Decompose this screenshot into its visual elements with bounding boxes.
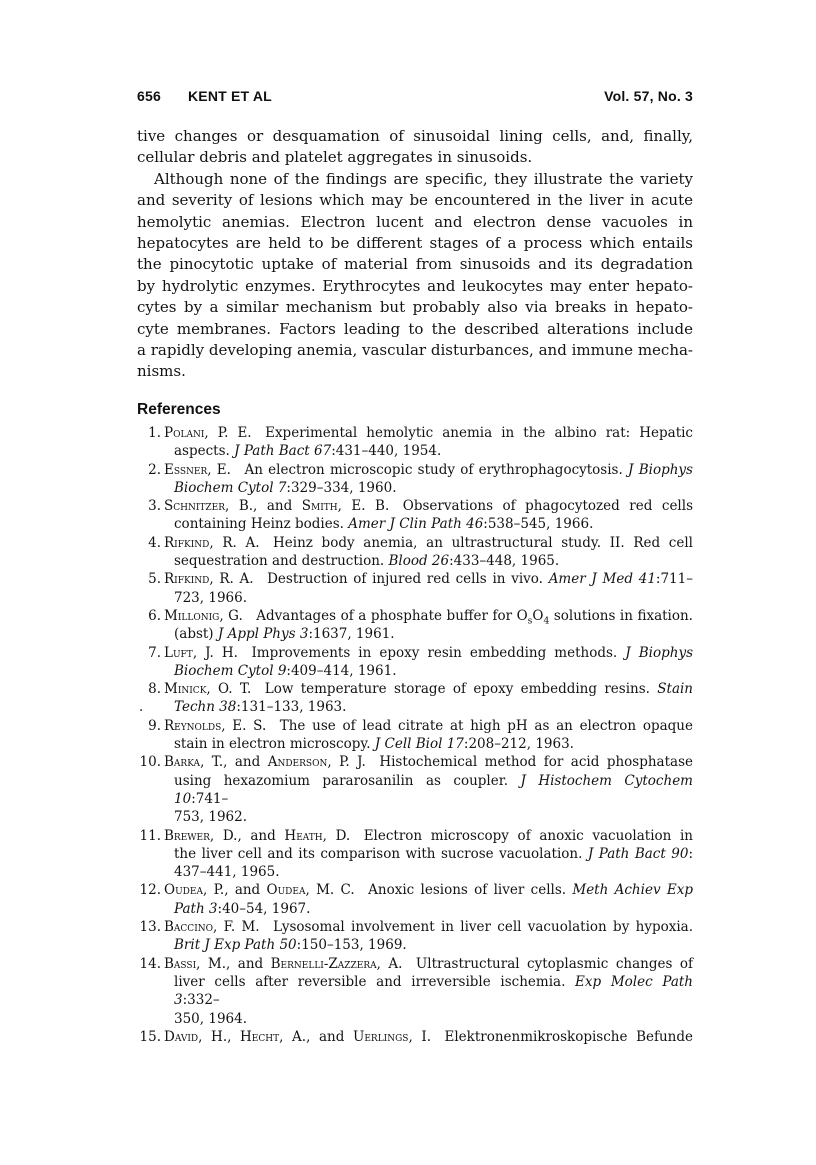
reference-text: sequestration and destruction. bbox=[174, 553, 388, 569]
reference-text: 753, 1962. bbox=[174, 809, 247, 825]
reference-text: , A. Ultrastructural cytoplasmic changes… bbox=[377, 956, 693, 972]
reference-line: Reynolds, E. S. The use of lead citrate … bbox=[164, 717, 693, 735]
reference-text: , F. M. Lysosomal involvement in liver c… bbox=[213, 919, 693, 935]
reference-text: , P. E. Experimental hemolytic anemia in… bbox=[204, 425, 693, 441]
reference-text: , E. S. The use of lead citrate at high … bbox=[221, 718, 693, 734]
journal-citation: J Biophys bbox=[628, 462, 693, 478]
reference-line: aspects. J Path Bact 67:431–440, 1954. bbox=[174, 442, 693, 460]
body-line: cytes by a similar mechanism but probabl… bbox=[137, 297, 693, 318]
reference-item: 6.Millonig, G. Advantages of a phosphate… bbox=[137, 607, 693, 644]
journal-citation: Blood 26 bbox=[388, 553, 449, 569]
page-number: 656 bbox=[137, 88, 161, 104]
reference-line: Oudea, P., and Oudea, M. C. Anoxic lesio… bbox=[164, 881, 693, 899]
reference-number: 9. bbox=[137, 717, 161, 735]
reference-text: containing Heinz bodies. bbox=[174, 516, 348, 532]
reference-number: 11. bbox=[137, 827, 161, 845]
reference-line: Rifkind, R. A. Destruction of injured re… bbox=[164, 570, 693, 588]
journal-citation: Techn 38 bbox=[174, 699, 236, 715]
author-name: Millonig bbox=[164, 608, 219, 624]
body-line: hemolytic anemias. Electron lucent and e… bbox=[137, 212, 693, 233]
author-name: Oudea bbox=[164, 882, 203, 898]
reference-item: 12.Oudea, P., and Oudea, M. C. Anoxic le… bbox=[137, 881, 693, 918]
reference-text: , M. C. Anoxic lesions of liver cells. bbox=[305, 882, 572, 898]
reference-number: 4. bbox=[137, 534, 161, 552]
reference-text: , A., and bbox=[279, 1029, 353, 1045]
body-line: cyte membranes. Factors leading to the d… bbox=[137, 319, 693, 340]
volume-issue: Vol. 57, No. 3 bbox=[604, 88, 693, 104]
body-line: Although none of the findings are specif… bbox=[137, 169, 693, 190]
reference-text: :332– bbox=[183, 992, 220, 1008]
reference-number: 1. bbox=[137, 424, 161, 442]
reference-list: 1.Polani, P. E. Experimental hemolytic a… bbox=[137, 424, 693, 1046]
reference-text: , G. Advantages of a phosphate buffer fo… bbox=[219, 608, 527, 624]
author-name: Uerlings bbox=[353, 1029, 409, 1045]
author-name: Rifkind bbox=[164, 571, 209, 587]
reference-number: 3. bbox=[137, 497, 161, 515]
author-name: Minick bbox=[164, 681, 206, 697]
reference-line: containing Heinz bodies. Amer J Clin Pat… bbox=[174, 515, 693, 533]
reference-line: 350, 1964. bbox=[174, 1010, 693, 1028]
reference-text: , I. Elektronenmikroskopische Befunde bbox=[408, 1029, 693, 1045]
reference-text: (abst) bbox=[174, 626, 218, 642]
reference-text: , B., and bbox=[225, 498, 302, 514]
reference-line: 723, 1966. bbox=[174, 589, 693, 607]
reference-text: , E. An electron microscopic study of er… bbox=[207, 462, 628, 478]
reference-text: :433–448, 1965. bbox=[449, 553, 559, 569]
reference-text: :538–545, 1966. bbox=[483, 516, 593, 532]
reference-line: Biochem Cytol 9:409–414, 1961. bbox=[174, 662, 693, 680]
reference-text: the liver cell and its comparison with s… bbox=[174, 846, 588, 862]
author-name: Essner bbox=[164, 462, 207, 478]
journal-citation: J Biophys bbox=[625, 645, 693, 661]
reference-number: 5. bbox=[137, 570, 161, 588]
reference-text: , P., and bbox=[203, 882, 267, 898]
reference-number: 13. bbox=[137, 918, 161, 936]
reference-line: Polani, P. E. Experimental hemolytic ane… bbox=[164, 424, 693, 442]
author-name: Heath bbox=[284, 828, 322, 844]
reference-number: 12. bbox=[137, 881, 161, 899]
journal-citation: J Path Bact 90 bbox=[588, 846, 689, 862]
author-name: Barka bbox=[164, 754, 200, 770]
reference-item: 7.Luft, J. H. Improvements in epoxy resi… bbox=[137, 644, 693, 681]
author-name: David bbox=[164, 1029, 198, 1045]
reference-item: 3.Schnitzer, B., and Smith, E. B. Observ… bbox=[137, 497, 693, 534]
journal-citation: J Path Bact 67 bbox=[234, 443, 331, 459]
reference-text: , R. A. Heinz body anemia, an ultrastruc… bbox=[209, 535, 693, 551]
reference-line: the liver cell and its comparison with s… bbox=[174, 845, 693, 863]
reference-line: Path 3:40–54, 1967. bbox=[174, 900, 693, 918]
reference-text: , H., bbox=[198, 1029, 240, 1045]
author-name: Luft bbox=[164, 645, 193, 661]
body-line: the pinocytotic uptake of material from … bbox=[137, 254, 693, 275]
reference-text: solutions in fixation. bbox=[549, 608, 693, 624]
reference-text: , M., and bbox=[196, 956, 270, 972]
paragraph: Although none of the findings are specif… bbox=[137, 169, 693, 383]
reference-line: Millonig, G. Advantages of a phosphate b… bbox=[164, 607, 693, 625]
reference-item: 13.Baccino, F. M. Lysosomal involvement … bbox=[137, 918, 693, 955]
reference-text: :131–133, 1963. bbox=[236, 699, 346, 715]
reference-item: 14.Bassi, M., and Bernelli-Zazzera, A. U… bbox=[137, 955, 693, 1028]
reference-line: Schnitzer, B., and Smith, E. B. Observat… bbox=[164, 497, 693, 515]
author-name: Hecht bbox=[240, 1029, 279, 1045]
journal-citation: Brit J Exp Path 50 bbox=[174, 937, 297, 953]
reference-item: 5.Rifkind, R. A. Destruction of injured … bbox=[137, 570, 693, 607]
reference-line: Minick, O. T. Low temperature storage of… bbox=[164, 680, 693, 698]
author-name: Reynolds bbox=[164, 718, 221, 734]
journal-citation: J Appl Phys 3 bbox=[218, 626, 309, 642]
reference-line: Baccino, F. M. Lysosomal involvement in … bbox=[164, 918, 693, 936]
reference-text: , D., and bbox=[210, 828, 285, 844]
reference-number: 14. bbox=[137, 955, 161, 973]
reference-text: , R. A. Destruction of injured red cells… bbox=[209, 571, 548, 587]
reference-text: :329–334, 1960. bbox=[286, 480, 396, 496]
author-name: Brewer bbox=[164, 828, 210, 844]
reference-text: :409–414, 1961. bbox=[286, 663, 396, 679]
author-name: Oudea bbox=[267, 882, 306, 898]
reference-number: 8. bbox=[137, 680, 161, 698]
reference-text: , T., and bbox=[200, 754, 268, 770]
reference-text: , E. B. Observations of phagocytozed red… bbox=[338, 498, 693, 514]
reference-number: 2. bbox=[137, 461, 161, 479]
reference-text: :711– bbox=[656, 571, 693, 587]
reference-item: 2.Essner, E. An electron microscopic stu… bbox=[137, 461, 693, 498]
body-line: a rapidly developing anemia, vascular di… bbox=[137, 340, 693, 361]
reference-line: 437–441, 1965. bbox=[174, 863, 693, 881]
reference-number: 7. bbox=[137, 644, 161, 662]
reference-text: 350, 1964. bbox=[174, 1011, 247, 1027]
author-name: Rifkind bbox=[164, 535, 209, 551]
reference-number: 15. bbox=[137, 1028, 161, 1046]
reference-text: :150–153, 1969. bbox=[297, 937, 407, 953]
reference-line: (abst) J Appl Phys 3:1637, 1961. bbox=[174, 625, 693, 643]
reference-text: :208–212, 1963. bbox=[464, 736, 574, 752]
body-line: tive changes or desquamation of sinusoid… bbox=[137, 126, 693, 147]
author-name: Baccino bbox=[164, 919, 213, 935]
reference-text: , D. Electron microscopy of anoxic vacuo… bbox=[323, 828, 693, 844]
reference-text: :431–440, 1954. bbox=[331, 443, 441, 459]
author-name: Bernelli-Zazzera bbox=[271, 956, 377, 972]
reference-text: liver cells after reversible and irrever… bbox=[174, 974, 575, 990]
reference-line: Techn 38:131–133, 1963. bbox=[174, 698, 693, 716]
reference-text: aspects. bbox=[174, 443, 234, 459]
reference-text: , J. H. Improvements in epoxy resin embe… bbox=[193, 645, 625, 661]
reference-item: 8.Minick, O. T. Low temperature storage … bbox=[137, 680, 693, 717]
reference-text: , P. J. Histochemical method for acid ph… bbox=[327, 754, 693, 770]
reference-line: Luft, J. H. Improvements in epoxy resin … bbox=[164, 644, 693, 662]
journal-citation: Meth Achiev Exp bbox=[572, 882, 693, 898]
reference-line: Biochem Cytol 7:329–334, 1960. bbox=[174, 479, 693, 497]
reference-number: 6. bbox=[137, 607, 161, 625]
journal-citation: Path 3 bbox=[174, 901, 218, 917]
journal-citation: Amer J Med 41 bbox=[549, 571, 656, 587]
reference-text: :1637, 1961. bbox=[308, 626, 394, 642]
reference-line: Barka, T., and Anderson, P. J. Histochem… bbox=[164, 753, 693, 771]
reference-line: liver cells after reversible and irrever… bbox=[174, 973, 693, 1010]
running-header: 656 KENT ET AL Vol. 57, No. 3 bbox=[137, 88, 693, 104]
journal-citation: Amer J Clin Path 46 bbox=[348, 516, 483, 532]
reference-text: : bbox=[688, 846, 693, 862]
reference-line: sequestration and destruction. Blood 26:… bbox=[174, 552, 693, 570]
reference-line: Rifkind, R. A. Heinz body anemia, an ult… bbox=[164, 534, 693, 552]
reference-line: using hexazomium pararosanilin as couple… bbox=[174, 772, 693, 809]
reference-line: David, H., Hecht, A., and Uerlings, I. E… bbox=[164, 1028, 693, 1046]
reference-item: 4.Rifkind, R. A. Heinz body anemia, an u… bbox=[137, 534, 693, 571]
reference-line: stain in electron microscopy. J Cell Bio… bbox=[174, 735, 693, 753]
author-name: Bassi bbox=[164, 956, 196, 972]
body-line: cellular debris and platelet aggregates … bbox=[137, 147, 693, 168]
author-name: Smith bbox=[302, 498, 338, 514]
journal-citation: J Cell Biol 17 bbox=[375, 736, 464, 752]
journal-citation: Biochem Cytol 7 bbox=[174, 480, 286, 496]
reference-line: Brewer, D., and Heath, D. Electron micro… bbox=[164, 827, 693, 845]
author-name: Schnitzer bbox=[164, 498, 225, 514]
reference-text: :40–54, 1967. bbox=[218, 901, 311, 917]
references-heading: References bbox=[137, 401, 221, 419]
journal-citation: Stain bbox=[657, 681, 693, 697]
body-line: hepatocytes are held to be different sta… bbox=[137, 233, 693, 254]
reference-text: , O. T. Low temperature storage of epoxy… bbox=[206, 681, 657, 697]
journal-page: 656 KENT ET AL Vol. 57, No. 3 tive chang… bbox=[0, 0, 816, 1165]
reference-item: 11.Brewer, D., and Heath, D. Electron mi… bbox=[137, 827, 693, 882]
reference-number: 10. bbox=[137, 753, 161, 771]
journal-citation: Biochem Cytol 9 bbox=[174, 663, 286, 679]
reference-text: 723, 1966. bbox=[174, 590, 247, 606]
paragraph: tive changes or desquamation of sinusoid… bbox=[137, 126, 693, 169]
reference-text: stain in electron microscopy. bbox=[174, 736, 375, 752]
body-text: tive changes or desquamation of sinusoid… bbox=[137, 126, 693, 383]
reference-item: 9.Reynolds, E. S. The use of lead citrat… bbox=[137, 717, 693, 754]
running-head-authors: KENT ET AL bbox=[188, 88, 272, 104]
author-name: Anderson bbox=[268, 754, 328, 770]
reference-item: 10.Barka, T., and Anderson, P. J. Histoc… bbox=[137, 753, 693, 826]
reference-item: 15.David, H., Hecht, A., and Uerlings, I… bbox=[137, 1028, 693, 1046]
author-name: Polani bbox=[164, 425, 204, 441]
reference-line: 753, 1962. bbox=[174, 808, 693, 826]
body-line: and severity of lesions which may be enc… bbox=[137, 190, 693, 211]
reference-text: 437–441, 1965. bbox=[174, 864, 280, 880]
reference-text: using hexazomium pararosanilin as couple… bbox=[174, 773, 520, 789]
reference-text: :741– bbox=[191, 791, 228, 807]
reference-item: 1.Polani, P. E. Experimental hemolytic a… bbox=[137, 424, 693, 461]
body-line: by hydrolytic enzymes. Erythrocytes and … bbox=[137, 276, 693, 297]
reference-line: Brit J Exp Path 50:150–153, 1969. bbox=[174, 936, 693, 954]
stray-scan-mark: . bbox=[139, 699, 143, 715]
reference-line: Essner, E. An electron microscopic study… bbox=[164, 461, 693, 479]
reference-line: Bassi, M., and Bernelli-Zazzera, A. Ultr… bbox=[164, 955, 693, 973]
body-line: nisms. bbox=[137, 361, 693, 382]
reference-text: O bbox=[532, 608, 543, 624]
